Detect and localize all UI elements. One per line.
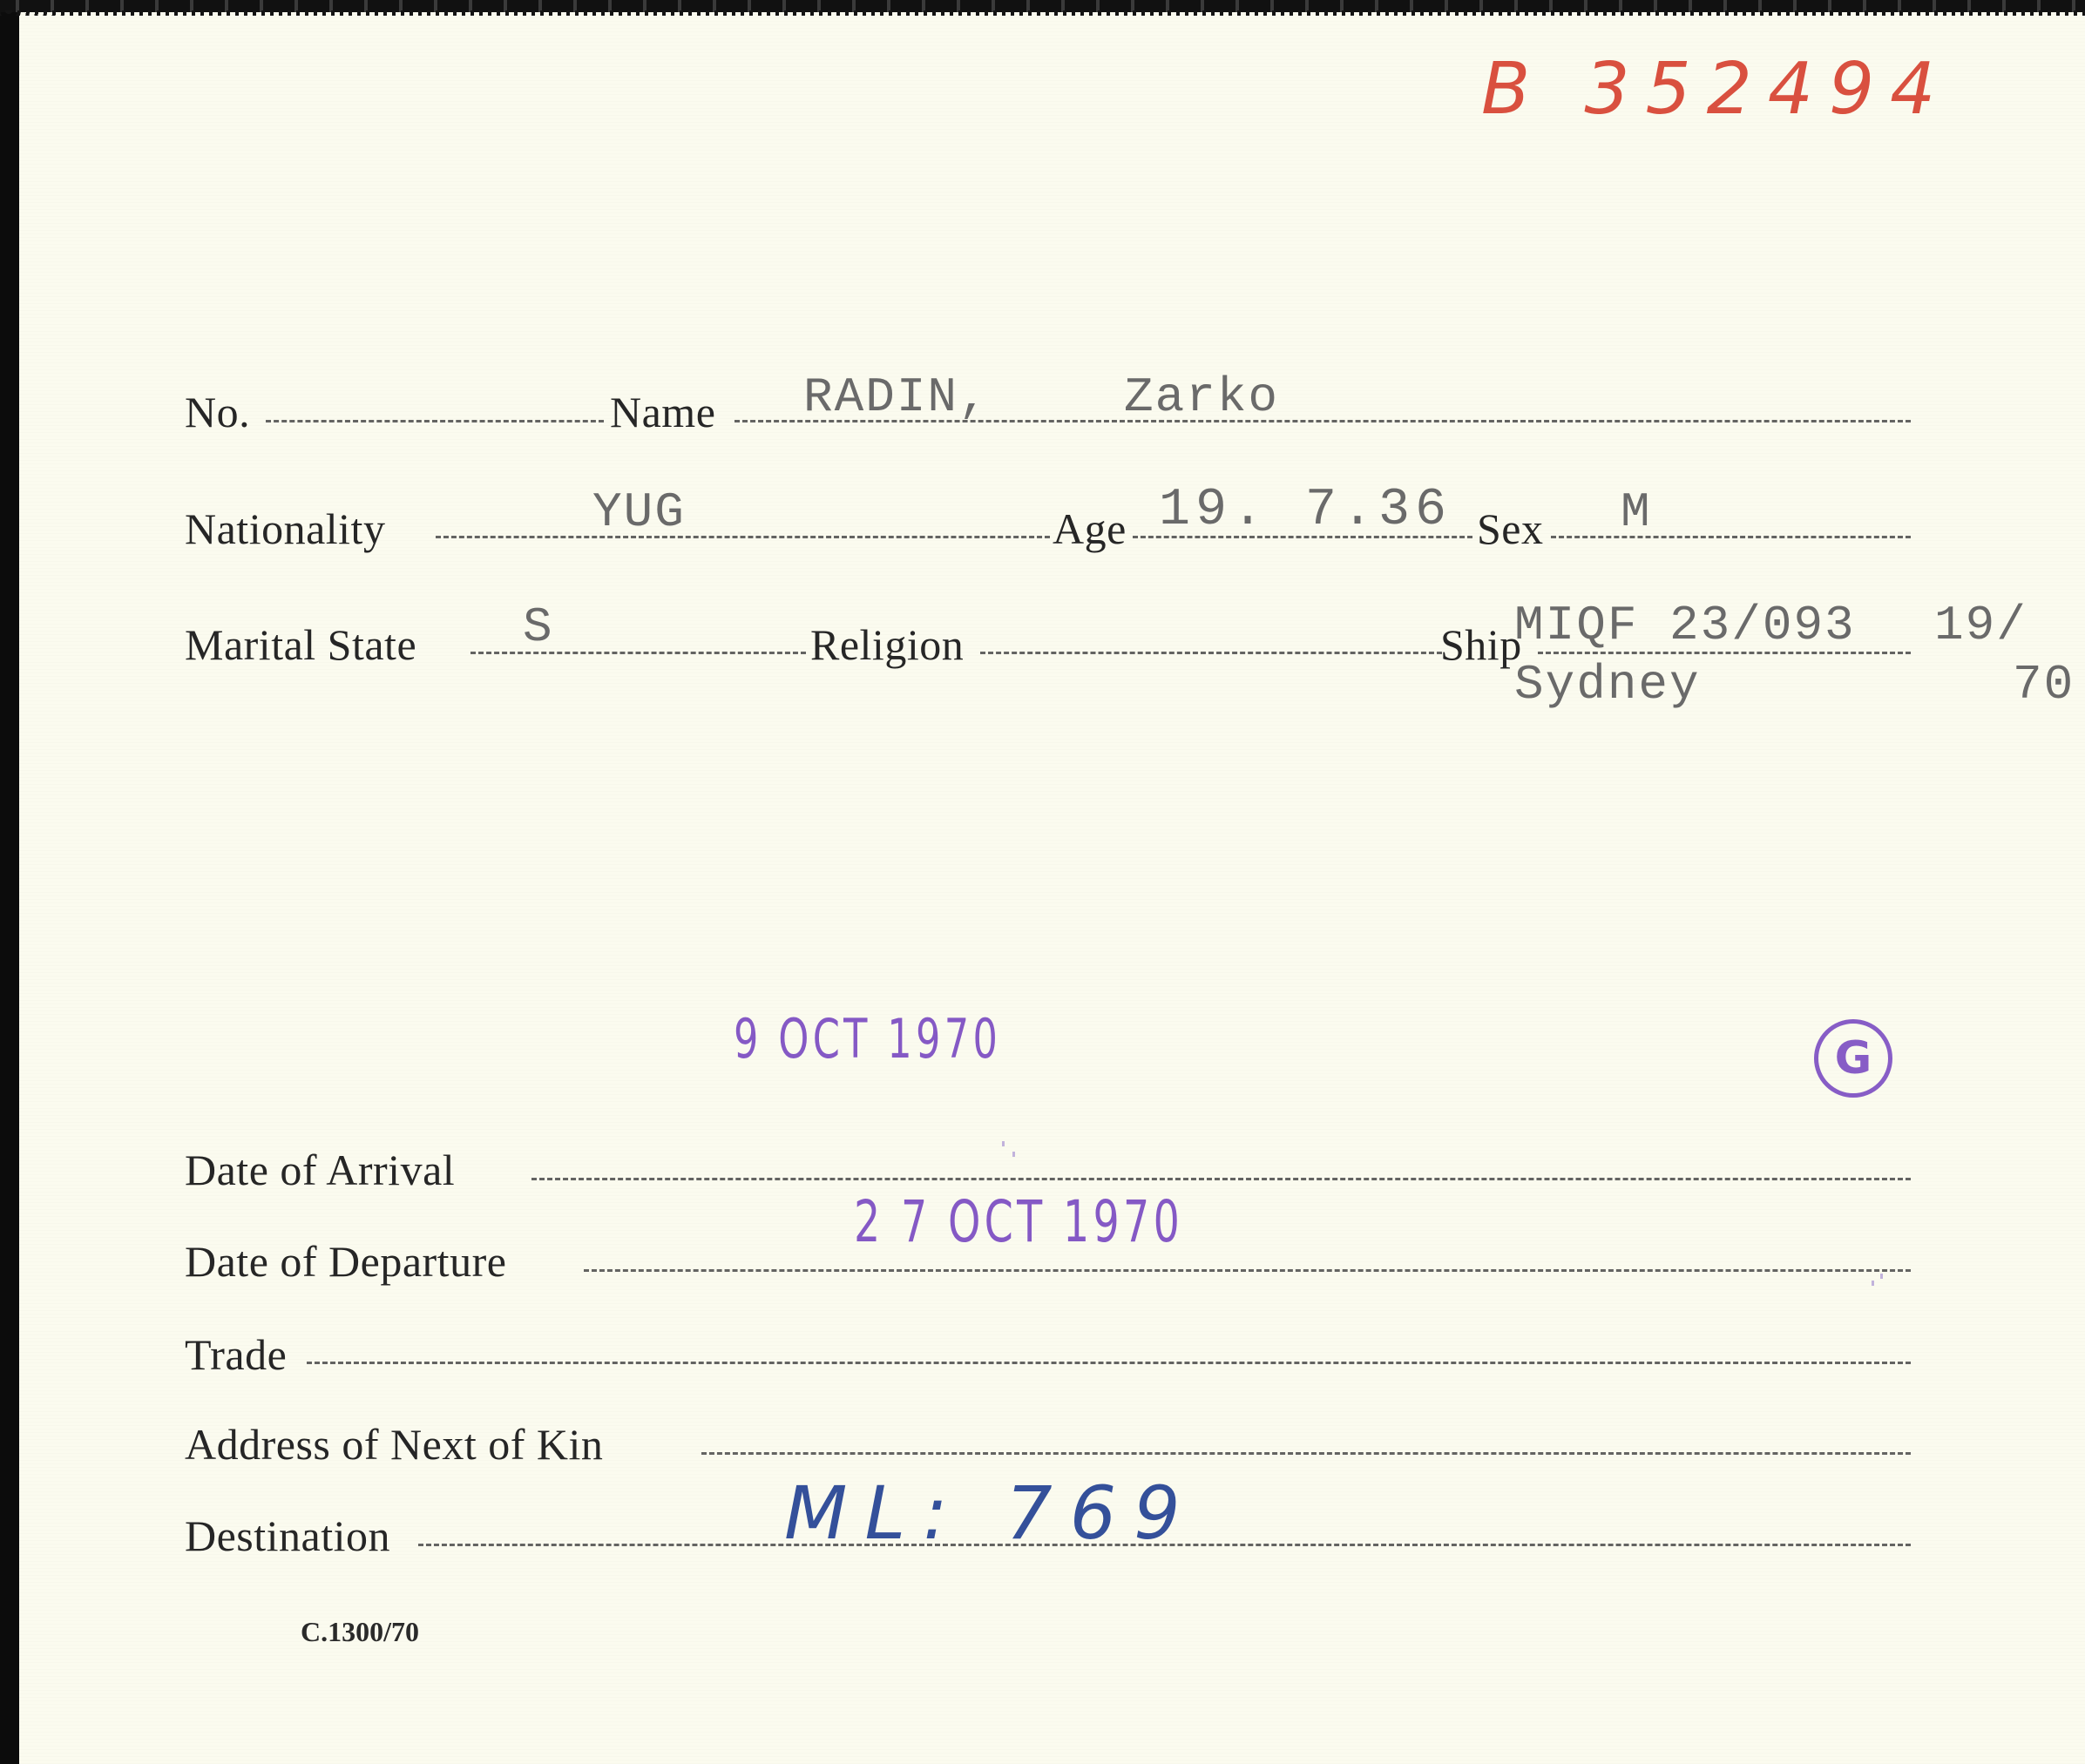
ink-speck [1872,1281,1874,1286]
form-code: C.1300/70 [301,1616,419,1648]
ink-speck [1012,1152,1015,1157]
ink-speck [1880,1274,1883,1279]
label-age: Age [1053,507,1127,551]
label-sex: Sex [1477,507,1544,551]
label-trade: Trade [185,1333,287,1376]
value-nationality: YUG [592,488,686,537]
field-line-trade [307,1362,1911,1364]
reference-number: B 352494 [1481,54,1951,125]
document-scan: B 352494 No. Name RADIN, Zarko Nationali… [0,0,2085,1764]
value-destination: ML: 769 [784,1477,1198,1550]
field-line-nationality [436,536,1050,538]
date-stamp-arrival: 9 OCT 1970 [734,1012,1001,1066]
value-ship-line1: MIQF 23/093 [1514,601,1856,650]
label-address-of-next-of-kin: Address of Next of Kin [185,1423,603,1466]
field-line-no [266,420,604,422]
circle-g-letter: G [1835,1036,1872,1081]
label-religion: Religion [810,623,964,666]
value-sex: M [1621,488,1652,537]
field-line-sex [1551,536,1911,538]
value-age: 19. 7.36 [1159,484,1452,537]
field-line-date-of-departure [584,1269,1911,1272]
value-marital-state: S [523,603,554,652]
label-marital-state: Marital State [185,623,416,666]
field-line-address-of-next-of-kin [701,1452,1911,1455]
field-line-marital-state [470,652,806,654]
label-no: No. [185,390,250,434]
label-ship: Ship [1440,623,1522,666]
label-name: Name [610,390,715,434]
label-nationality: Nationality [185,507,385,551]
label-date-of-arrival: Date of Arrival [185,1148,455,1192]
value-ship-line2: Sydney [1514,660,1701,709]
date-stamp-departure: 2 7 OCT 1970 [854,1193,1183,1251]
circle-g-stamp: G [1814,1019,1892,1098]
field-line-religion [980,652,1442,654]
value-ship-line1-suffix: 19/ [1934,601,2027,650]
label-date-of-departure: Date of Departure [185,1240,506,1283]
scan-border-left [0,0,19,1764]
value-ship-line2-suffix: 70 [2013,660,2075,709]
label-destination: Destination [185,1514,390,1558]
field-line-date-of-arrival [531,1178,1911,1180]
value-given-name: Zarko [1124,373,1279,422]
scan-border-top [0,0,2085,12]
value-surname: RADIN, [803,373,990,422]
ink-speck [1002,1141,1005,1146]
